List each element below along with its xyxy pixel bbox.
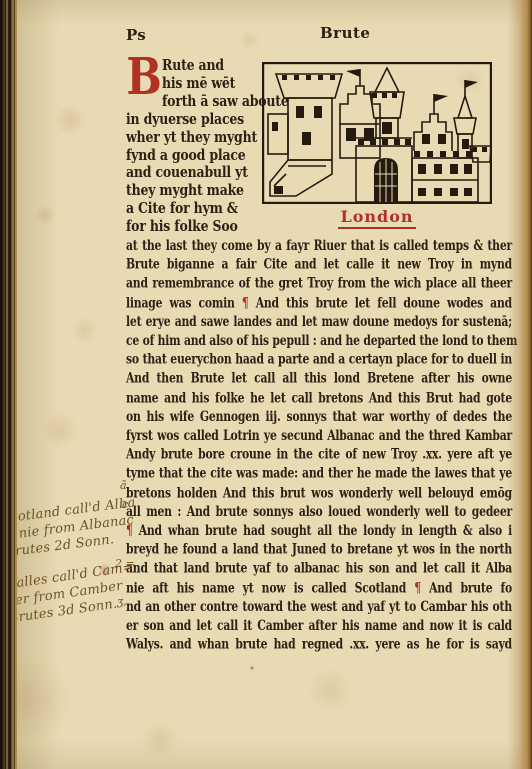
manuscript-page: Ps Brute B Rute andhis mē wētforth ā saw… <box>0 0 532 769</box>
text-line: and that land brute yaf to albanac his s… <box>126 559 512 578</box>
text-line: breyd he found a land that Juned to bret… <box>126 540 512 559</box>
text-run: And then Brute let call all this lond Br… <box>126 370 512 386</box>
text-run: let erye and sawe landes and let maw dou… <box>126 313 512 329</box>
book-photograph: Ps Brute B Rute andhis mē wētforth ā saw… <box>0 0 532 769</box>
text-line: fynd a good place <box>126 146 258 164</box>
text-run: name and his folke he let call bretons A… <box>126 389 512 405</box>
text-line: nie aft his name yt now is called Scotla… <box>126 578 512 597</box>
text-line: so that euerychon haad a parte and a cer… <box>126 350 512 369</box>
text-run: on his wife Gennogen iij. sonnys that wa… <box>126 408 512 424</box>
text-line: and remembrance of the gret Troy from th… <box>126 274 512 293</box>
text-line: and couenabull yt <box>126 164 258 182</box>
main-text-block: at the last they come by a fayr Riuer th… <box>126 236 512 654</box>
castle-woodcut-drawing <box>262 62 492 204</box>
text-run: his mē wēt <box>162 74 235 92</box>
text-line: fyrst wos called Lotrin ye secund Albana… <box>126 426 512 445</box>
text-run: fynd a good place <box>126 145 246 163</box>
text-line: ¶ And whan brute had sought all the lond… <box>126 521 512 540</box>
text-line: in dyuerse places <box>126 111 258 129</box>
text-line: tyme that the cite was made: and ther he… <box>126 464 512 483</box>
text-run: and couenabull yt <box>126 163 248 181</box>
text-run: linage was comin <box>126 294 242 310</box>
text-line: a Cite for hym & <box>126 200 258 218</box>
text-run: and that land brute yaf to albanac his s… <box>126 560 512 576</box>
text-run: in dyuerse places <box>126 109 244 127</box>
text-line: Brute biganne a fair Cite and let calle … <box>126 255 512 274</box>
text-line: nd an other contre toward the west and y… <box>126 597 512 616</box>
woodcut-caption: London <box>262 207 492 226</box>
text-run: a Cite for hym & <box>126 199 238 217</box>
book-binding-edge <box>0 0 17 769</box>
text-line: er son and let call it Camber after his … <box>126 616 512 635</box>
text-run: at the last they come by a fayr Riuer th… <box>126 237 512 253</box>
text-line: Andy brute bore croune in the cite of ne… <box>126 445 512 464</box>
text-run: all men : And brute sonnys also loued wo… <box>126 503 512 519</box>
text-run: And this brute let fell doune wodes and <box>249 294 512 310</box>
margin-mark: c <box>122 498 128 511</box>
text-line: for his folke Soo <box>126 218 258 236</box>
margin-mark: ã <box>120 479 127 492</box>
text-run: they myght make <box>126 181 244 199</box>
text-line: let erye and sawe landes and let maw dou… <box>126 312 512 331</box>
margin-mark: 2 = <box>115 557 135 570</box>
text-run: Rute and <box>162 56 224 74</box>
left-text-column: B Rute andhis mē wētforth ā saw aboutein… <box>126 57 258 236</box>
text-run: Andy brute bore croune in the cite of ne… <box>126 446 512 462</box>
text-run: tyme that the cite was made: and ther he… <box>126 465 512 481</box>
margin-mark: ʒ, <box>117 595 127 608</box>
text-line: wher yt they myght <box>126 129 258 147</box>
text-line: Walys. and whan brute had regned .xx. ye… <box>126 635 512 654</box>
text-run: so that euerychon haad a parte and a cer… <box>126 351 512 367</box>
text-run: And brute fo <box>421 579 512 595</box>
folio-mark: Ps <box>126 26 146 44</box>
text-run: breyd he found a land that Juned to bret… <box>126 541 512 557</box>
text-run: bretons holden And this brut wos wonderl… <box>126 484 512 500</box>
text-run: Brute biganne a fair Cite and let calle … <box>126 256 512 272</box>
rubricated-initial: B <box>126 57 162 93</box>
text-run: er son and let call it Camber after his … <box>126 617 512 633</box>
text-run: nd an other contre toward the west and y… <box>126 598 512 614</box>
woodcut-caption-text: London <box>338 207 415 229</box>
rubric-pilcrow: ¶ <box>414 579 421 595</box>
rubric-pilcrow: ¶ <box>242 294 249 310</box>
text-line: And then Brute let call all this lond Br… <box>126 369 512 388</box>
text-line: at the last they come by a fayr Riuer th… <box>126 236 512 255</box>
text-run: for his folke Soo <box>126 217 238 235</box>
text-line: all men : And brute sonnys also loued wo… <box>126 502 512 521</box>
text-run: ce of him and also of his pepull : and h… <box>126 332 517 348</box>
text-line: on his wife Gennogen iij. sonnys that wa… <box>126 407 512 426</box>
text-line: ce of him and also of his pepull : and h… <box>126 331 512 350</box>
text-line: they myght make <box>126 182 258 200</box>
text-run: and remembrance of the gret Troy from th… <box>126 275 512 291</box>
text-run: And whan brute had sought all the londy … <box>133 522 512 538</box>
london-woodcut-illustration <box>262 62 492 204</box>
page-fore-edge <box>508 0 532 769</box>
text-run: wher yt they myght <box>126 127 257 145</box>
text-run: fyrst wos called Lotrin ye secund Albana… <box>126 427 512 443</box>
text-line: bretons holden And this brut wos wonderl… <box>126 483 512 502</box>
text-line: linage was comin ¶ And this brute let fe… <box>126 293 512 312</box>
text-line: name and his folke he let call bretons A… <box>126 388 512 407</box>
text-run: Walys. and whan brute had regned .xx. ye… <box>126 636 512 652</box>
running-title: Brute <box>320 24 370 42</box>
text-run: nie aft his name yt now is called Scotla… <box>126 579 414 595</box>
